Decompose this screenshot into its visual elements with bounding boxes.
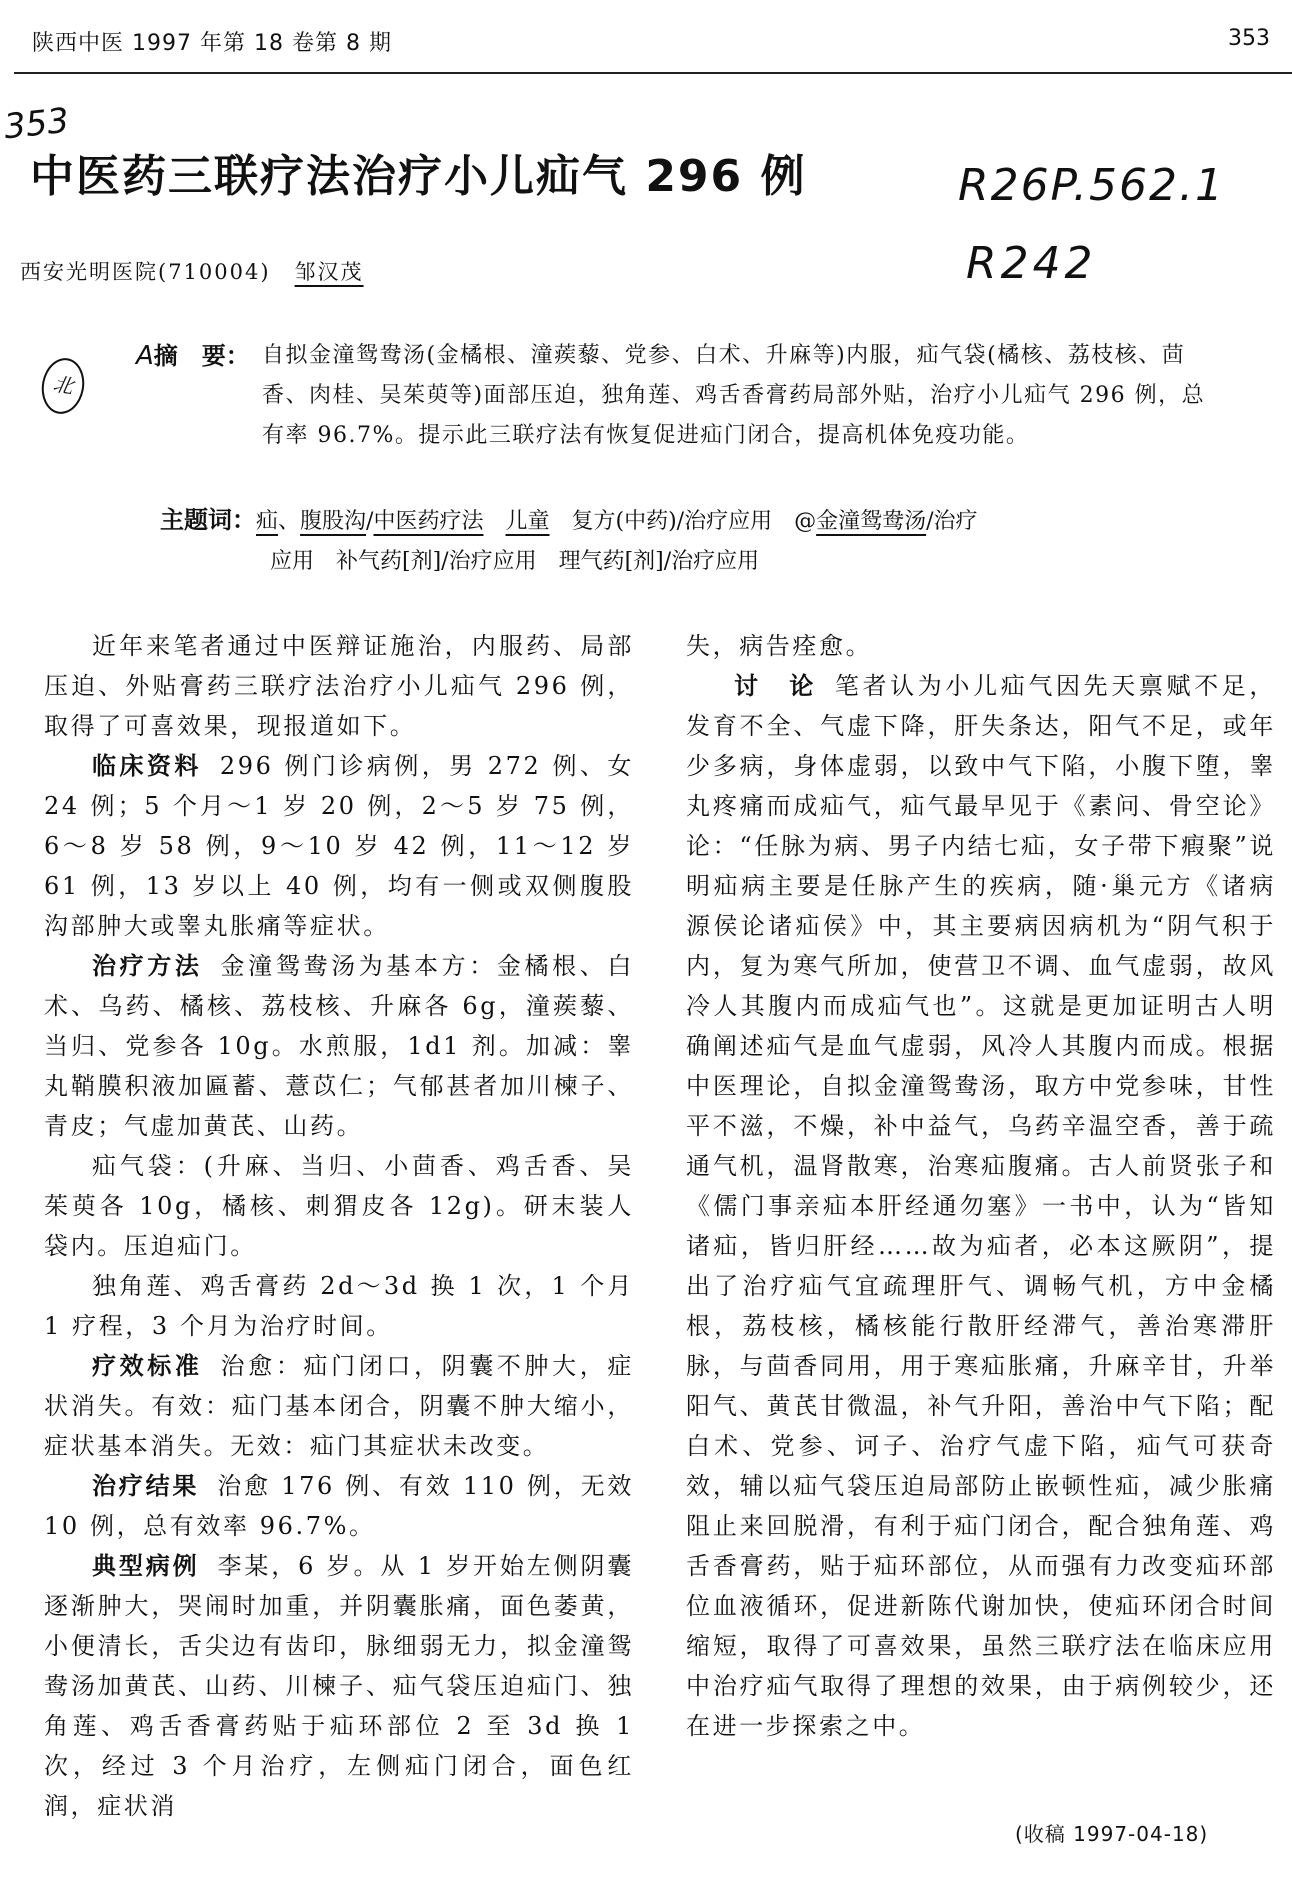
author: 邹汉茂	[295, 260, 364, 284]
section-heading: 疗效标准	[92, 1352, 203, 1380]
keyword-segment: 儿童	[506, 509, 550, 534]
keyword-segment	[483, 509, 505, 534]
journal-header: 陕西中医 1997 年第 18 卷第 8 期	[32, 26, 392, 57]
keywords-line-1: 主题词：疝、腹股沟/中医药疗法 儿童 复方(中药)/治疗应用 @金潼鸳鸯汤/治疗	[160, 500, 1230, 542]
abstract-label: A摘 要：	[136, 336, 262, 456]
body-paragraph: 失，病告痊愈。	[686, 626, 1276, 666]
section-heading: 典型病例	[92, 1552, 200, 1580]
section-heading: 治疗方法	[92, 952, 203, 980]
paragraph-text: 疝气袋：(升麻、当归、小茴香、鸡舌香、吴茱萸各 10g，橘核、刺猬皮各 12g)…	[44, 1152, 634, 1260]
section-heading: 讨 论	[734, 672, 817, 700]
header-rule	[14, 72, 1292, 74]
keyword-segment: 疝	[256, 509, 278, 534]
abstract-text: 自拟金潼鸳鸯汤(金橘根、潼蒺藜、党参、白术、升麻等)内服，疝气袋(橘核、荔枝核、…	[262, 336, 1212, 456]
keyword-segment: 、	[278, 509, 300, 534]
keywords-items: 疝、腹股沟/中医药疗法 儿童 复方(中药)/治疗应用 @金潼鸳鸯汤/治疗	[256, 509, 978, 534]
circled-stamp-mark: 北	[37, 355, 88, 417]
handwritten-class-code-2: R242	[966, 238, 1097, 289]
paragraph-text: 独角莲、鸡舌膏药 2d～3d 换 1 次，1 个月 1 疗程，3 个月为治疗时间…	[44, 1272, 634, 1340]
body-paragraph: 治疗方法金潼鸳鸯汤为基本方：金橘根、白术、乌药、橘核、荔枝核、升麻各 6g，潼蒺…	[44, 946, 634, 1146]
paragraph-text: 近年来笔者通过中医辩证施治，内服药、局部压迫、外贴膏药三联疗法治疗小儿疝气 29…	[44, 632, 634, 740]
body-paragraph: 疗效标准治愈：疝门闭口，阴囊不肿大，症状消失。有效：疝门基本闭合，阴囊不肿大缩小…	[44, 1346, 634, 1466]
handwritten-class-code-1: R26P.562.1	[958, 160, 1225, 211]
abstract-handwritten-mark: A	[136, 341, 154, 371]
paragraph-text: 金潼鸳鸯汤为基本方：金橘根、白术、乌药、橘核、荔枝核、升麻各 6g，潼蒺藜、当归…	[44, 952, 634, 1140]
section-heading: 治疗结果	[92, 1472, 199, 1500]
keyword-segment: 中医药疗法	[373, 509, 483, 534]
body-paragraph: 治疗结果治愈 176 例、有效 110 例，无效 10 例，总有效率 96.7%…	[44, 1466, 634, 1546]
keywords-line-2: 应用 补气药[剂]/治疗应用 理气药[剂]/治疗应用	[160, 542, 1230, 582]
body-paragraph: 典型病例李某，6 岁。从 1 岁开始左侧阴囊逐渐肿大，哭闹时加重，并阴囊胀痛，面…	[44, 1546, 634, 1826]
section-heading: 临床资料	[92, 752, 202, 780]
body-paragraph: 疝气袋：(升麻、当归、小茴香、鸡舌香、吴茱萸各 10g，橘核、刺猬皮各 12g)…	[44, 1146, 634, 1266]
keyword-segment: 腹股沟	[300, 509, 366, 534]
body-column-right: 失，病告痊愈。讨 论笔者认为小儿疝气因先天禀赋不足，发育不全、气虚下降，肝失条达…	[686, 626, 1276, 1746]
keywords-label: 主题词：	[160, 506, 256, 534]
body-paragraph: 独角莲、鸡舌膏药 2d～3d 换 1 次，1 个月 1 疗程，3 个月为治疗时间…	[44, 1266, 634, 1346]
paragraph-text: 296 例门诊病例，男 272 例、女 24 例；5 个月～1 岁 20 例，2…	[44, 752, 634, 940]
body-paragraph: 临床资料296 例门诊病例，男 272 例、女 24 例；5 个月～1 岁 20…	[44, 746, 634, 946]
byline: 西安光明医院(710004)邹汉茂	[20, 256, 364, 286]
paragraph-text: 失，病告痊愈。	[686, 632, 872, 660]
article-title: 中医药三联疗法治疗小儿疝气 296 例	[30, 140, 806, 204]
affiliation: 西安光明医院(710004)	[20, 260, 271, 284]
keyword-segment: 金潼鸳鸯汤	[816, 509, 926, 534]
keyword-segment: 复方(中药)/治疗应用 @	[550, 509, 817, 534]
body-paragraph: 近年来笔者通过中医辩证施治，内服药、局部压迫、外贴膏药三联疗法治疗小儿疝气 29…	[44, 626, 634, 746]
body-column-left: 近年来笔者通过中医辩证施治，内服药、局部压迫、外贴膏药三联疗法治疗小儿疝气 29…	[44, 626, 634, 1826]
keyword-segment: /治疗	[926, 509, 977, 534]
keywords: 主题词：疝、腹股沟/中医药疗法 儿童 复方(中药)/治疗应用 @金潼鸳鸯汤/治疗…	[160, 500, 1230, 582]
paragraph-text: 笔者认为小儿疝气因先天禀赋不足，发育不全、气虚下降，肝失条达，阳气不足，或年少多…	[686, 672, 1276, 1740]
received-date: (收稿 1997-04-18)	[1015, 1818, 1208, 1847]
paragraph-text: 李某，6 岁。从 1 岁开始左侧阴囊逐渐肿大，哭闹时加重，并阴囊胀痛，面色萎黄，…	[44, 1552, 634, 1820]
page-number: 353	[1228, 26, 1270, 51]
body-paragraph: 讨 论笔者认为小儿疝气因先天禀赋不足，发育不全、气虚下降，肝失条达，阳气不足，或…	[686, 666, 1276, 1746]
abstract: A摘 要： 自拟金潼鸳鸯汤(金橘根、潼蒺藜、党参、白术、升麻等)内服，疝气袋(橘…	[136, 336, 1216, 456]
